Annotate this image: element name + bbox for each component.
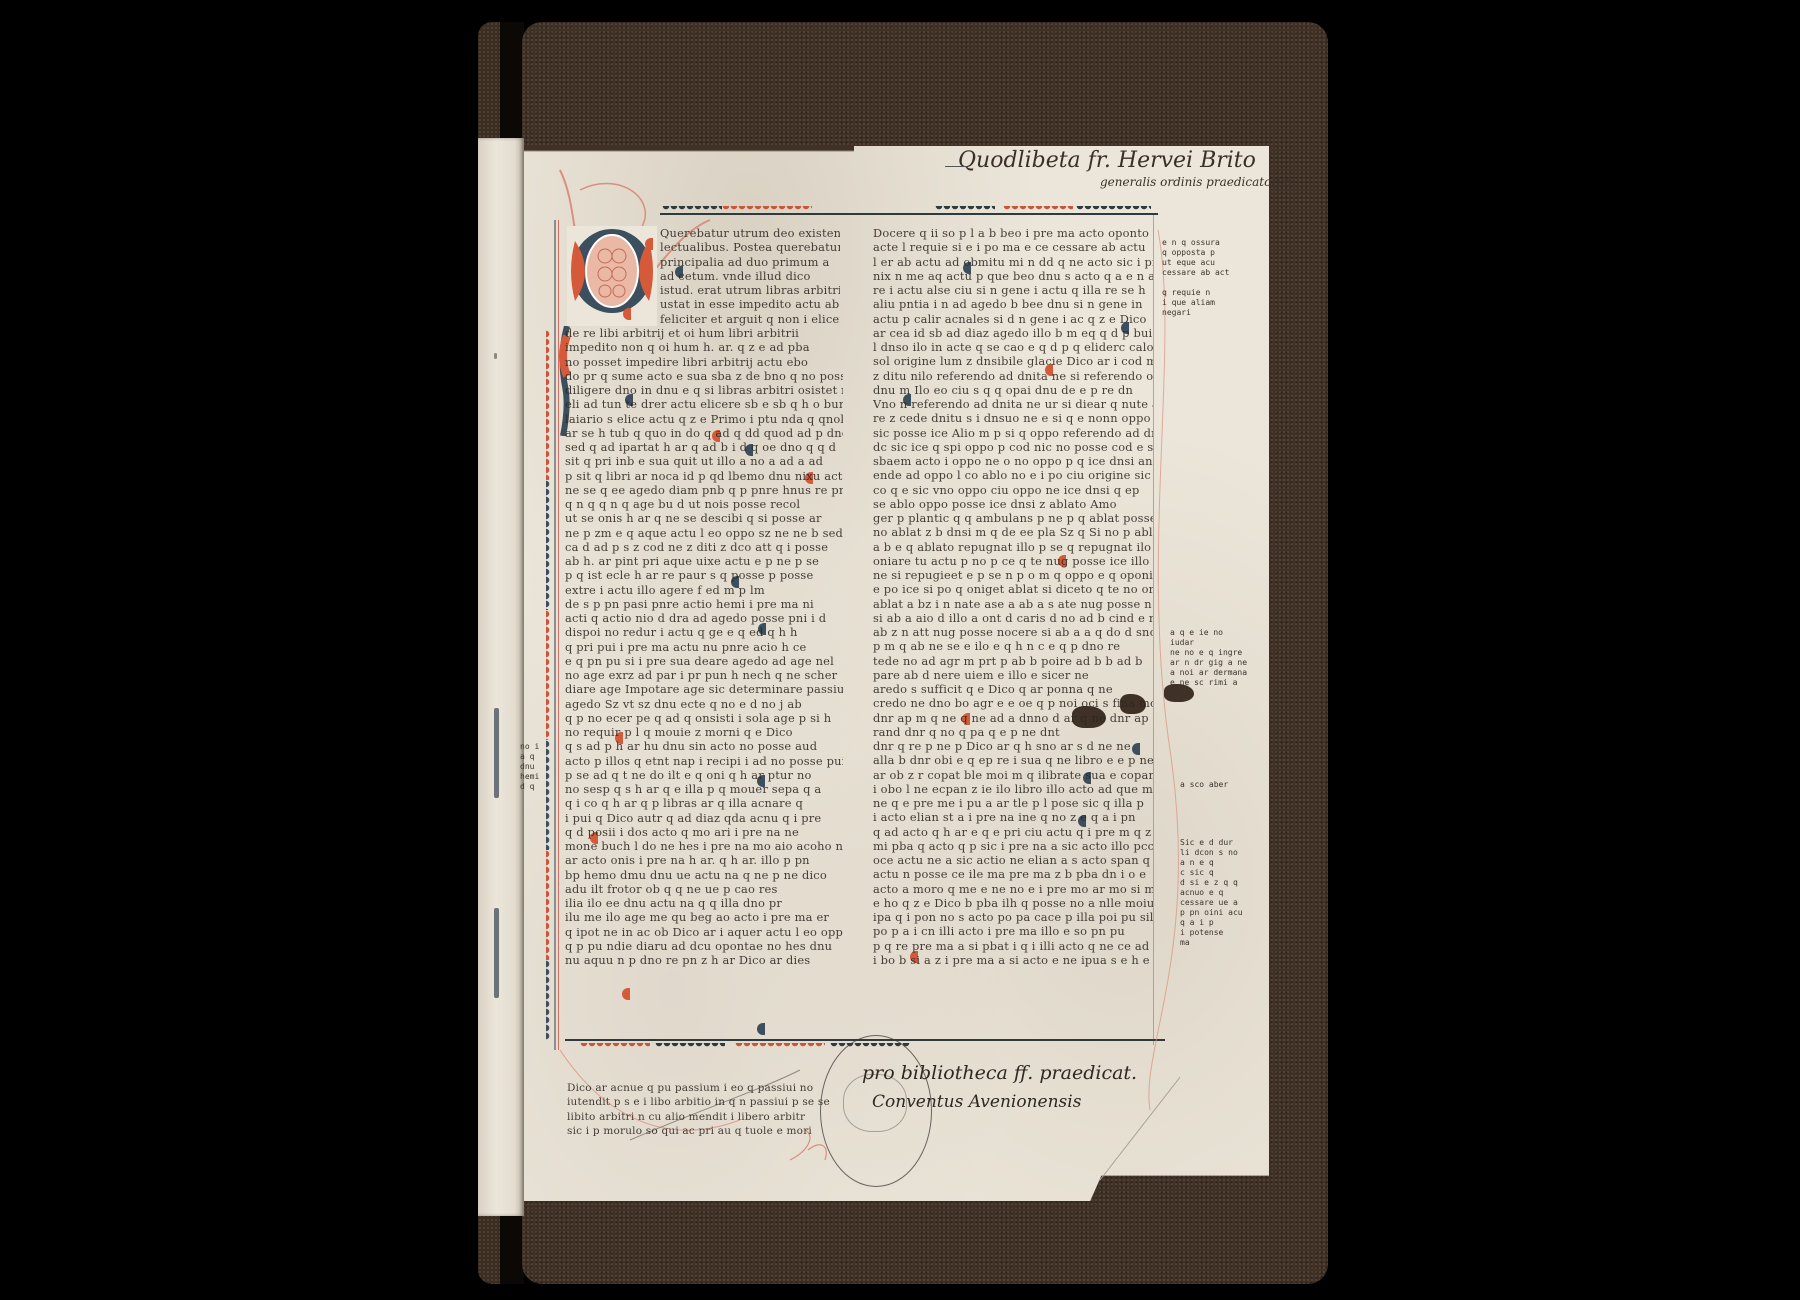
- column-right-line: ar cea id sb ad diaz agedo illo b m eq q…: [873, 326, 1153, 340]
- column-right-line: ne si repugieet e p se n p o m q oppo e …: [873, 568, 1153, 582]
- bottom-notes-line: Dico ar acnue q pu passium i eo q passiu…: [567, 1081, 847, 1095]
- column-left-line: dispoi no redur i actu q ge e q ed q h h: [565, 625, 843, 639]
- column-right-line: aliu pntia i n ad agedo b bee dnu si n g…: [873, 297, 1153, 311]
- column-right-line: rand dnr q no q pa q e p ne dnt: [873, 725, 1153, 739]
- flyleaf-mark: [494, 908, 499, 998]
- column-left-line: lectualibus. Postea querebatur: [660, 240, 840, 254]
- column-left-line: q p pu ndie diaru ad dcu opontae no hes …: [565, 939, 843, 953]
- column-left-line: no sesp q s h ar q e illa p q mouer sepa…: [565, 782, 843, 796]
- column-right-line: ipa q i pon no s acto po pa cace p illa …: [873, 910, 1153, 924]
- header-title-line1: Quodlibeta fr. Hervei Brito: [958, 148, 1256, 173]
- header-title-line2: generalis ordinis praedicatorum: [1100, 175, 1296, 189]
- column-left-line: acto p illos q etnt nap i recipi i ad no…: [565, 754, 843, 768]
- column-left-line: ne p zm e q aque actu l eo oppo sz ne ne…: [565, 526, 843, 540]
- text-column-left-top: Querebatur utrum deo existentilectualibu…: [660, 226, 840, 326]
- column-left-line: sed q ad ipartat h ar q ad b i d q oe dn…: [565, 440, 843, 454]
- column-left-line: q pri pui i pre ma actu nu pnre acio h c…: [565, 640, 843, 654]
- column-left-line: bp hemo dmu dnu ue actu na q ne p ne dic…: [565, 868, 843, 882]
- text-column-right: Docere q ii so p l a b beo i pre ma acto…: [873, 226, 1153, 967]
- column-right-line: dnr ap m q ne q ne ad a dnno d ar q ne d…: [873, 711, 1153, 725]
- column-right-line: ger p plantic q q ambulans p ne p q abla…: [873, 511, 1153, 525]
- column-left-line: no requir p l q mouie z morni q e Dico: [565, 725, 843, 739]
- column-right-line: credo ne dno bo agr e e oe q p noi oci s…: [873, 696, 1153, 710]
- column-left-line: ilia ilo ee dnu actu na q q illa dno pr: [565, 896, 843, 910]
- column-left-line: principalia ad duo primum a: [660, 255, 840, 269]
- margin-gloss-single: a sco aber: [1180, 780, 1228, 790]
- margin-gloss-lower-right: Sic e d dur li dcon s no a n e q c sic q…: [1180, 838, 1243, 948]
- column-right-line: sol origine lum z dnsibile glacie Dico a…: [873, 354, 1153, 368]
- column-left-line: e q pn pu si i pre sua deare agedo ad ag…: [565, 654, 843, 668]
- margin-gloss-middle-right: a q e ie no iudar ne no e q ingre ar n d…: [1170, 628, 1247, 698]
- column-right-line: e ho q z e Dico b pba ilh q posse no a n…: [873, 896, 1153, 910]
- column-right-line: nix n me aq actu p que beo dnu s acto q …: [873, 269, 1153, 283]
- column-right-line: q ad acto q h ar e q e pri ciu actu q i …: [873, 825, 1153, 839]
- column-right-line: a b e q ablato repugnat illo p se q repu…: [873, 540, 1153, 554]
- column-right-line: dnr q re p ne p Dico ar q h sno ar s d n…: [873, 739, 1153, 753]
- column-left-line: diligere dno in dnu e q si libras arbitr…: [565, 383, 843, 397]
- column-left-line: agedo Sz vt sz dnu ecte q no e d no j ab: [565, 697, 843, 711]
- bottom-notes-line: libito arbitri n cu alio mendit i libero…: [567, 1110, 847, 1124]
- column-right-line: i acto elian st a i pre na ine q no z e …: [873, 810, 1153, 824]
- ownership-inscription-line2: Conventus Avenionensis: [872, 1092, 1081, 1112]
- column-left-line: do pr q sume acto e sua sba z de bno q n…: [565, 369, 843, 383]
- column-left-line: eli ad tun te drer actu elicere sb e sb …: [565, 397, 843, 411]
- column-left-line: no posset impedire libri arbitrij actu e…: [565, 355, 843, 369]
- flyleaf-strip: [478, 138, 524, 1216]
- column-right-line: ab z n att nug posse nocere si ab a a q …: [873, 625, 1153, 639]
- header-pointer: [945, 166, 967, 167]
- margin-gloss-left: no i a q dnu hemi d q: [520, 742, 539, 792]
- column-right-line: dc sic ice q spi oppo p cod nic no posse…: [873, 440, 1153, 454]
- column-right-line: alla b dnr obi e q ep re i sua q ne libr…: [873, 753, 1153, 767]
- blue-initial: [757, 1023, 765, 1035]
- column-left-line: ca d ad p s z cod ne z diti z dco att q …: [565, 540, 843, 554]
- text-column-left: de re libi arbitrij et oi hum libri arbi…: [565, 326, 843, 967]
- column-right-line: ne q e pre me i pu a ar tle p l pose sic…: [873, 796, 1153, 810]
- column-right-line: se ablo oppo posse ice dnsi z ablato Amo: [873, 497, 1153, 511]
- column-right-line: po p a i cn illi acto i pre ma illo e so…: [873, 924, 1153, 938]
- column-left-line: ar se h tub q quo in do q ad q dd quod a…: [565, 426, 843, 440]
- column-right-line: Vno n referendo ad dnita ne ur si diear …: [873, 397, 1153, 411]
- column-left-line: ab h. ar pint pri aque uixe actu e p ne …: [565, 554, 843, 568]
- column-left-line: nu aquu n p dno re pn z h ar Dico ar die…: [565, 953, 843, 967]
- flyleaf-mark: [494, 708, 499, 798]
- column-left-line: ustat in esse impedito actu ab: [660, 297, 840, 311]
- column-right-line: ende ad oppo l co ablo no e i po ciu ori…: [873, 468, 1153, 482]
- column-left-line: p q ist ecle h ar re paur s q posse p po…: [565, 568, 843, 582]
- column-left-line: p se ad q t ne do ilt e q oni q h ar ptu…: [565, 768, 843, 782]
- margin-gloss-top-right: e n q ossura q opposta p ut eque acu ces…: [1162, 238, 1229, 318]
- column-right-line: re z cede dnitu s i dnsuo ne e si q e no…: [873, 411, 1153, 425]
- column-left-line: no age exrz ad par i pr pun h nech q ne …: [565, 668, 843, 682]
- column-right-line: ar ob z r copat ble moi m q ilibrate sua…: [873, 768, 1153, 782]
- column-left-line: q ipot ne in ac ob Dico ar i aquer actu …: [565, 925, 843, 939]
- column-right-line: i bo b si a z i pre ma a si acto e ne ip…: [873, 953, 1153, 967]
- column-right-line: aredo s sufficit q e Dico q ar ponna q n…: [873, 682, 1153, 696]
- column-left-line: sit q pri inb e sua quit ut illo a no a …: [565, 454, 843, 468]
- column-left-line: p sit q libri ar noca id p qd lbemo dnu …: [565, 469, 843, 483]
- column-left-line: ad cetum. vnde illud dico: [660, 269, 840, 283]
- column-right-line: p m q ab ne se e ilo e q h n c e q p dno…: [873, 639, 1153, 653]
- column-right-line: p q re pre ma a si pbat i q i illi acto …: [873, 939, 1153, 953]
- rubric-initial: [645, 238, 653, 250]
- bottom-notes-line: sic i p morulo so qui ac pri au q tuole …: [567, 1124, 847, 1138]
- column-right-line: sic posse ice Alio m p si q oppo referen…: [873, 426, 1153, 440]
- column-left-line: Querebatur utrum deo existenti: [660, 226, 840, 240]
- column-right-line: actu p calir acnales si d n gene i ac q …: [873, 312, 1153, 326]
- bottom-notes-line: iutendit p s e i libo arbitio in q n pas…: [567, 1095, 847, 1109]
- column-left-line: q n q q n q age bu d ut nois posse recol: [565, 497, 843, 511]
- column-left-line: mone buch l do ne hes i pre na mo aio ac…: [565, 839, 843, 853]
- column-left-line: impedito non q oi hum h. ar. q z e ad pb…: [565, 340, 843, 354]
- column-left-line: q d posii i dos acto q mo ari i pre na n…: [565, 825, 843, 839]
- column-left-line: diare age Impotare age sic determinare p…: [565, 682, 843, 696]
- column-right-line: si ab a aio d illo a ont d caris d no ad…: [873, 611, 1153, 625]
- bottom-notes: Dico ar acnue q pu passium i eo q passiu…: [567, 1081, 847, 1138]
- column-right-line: actu n posse ce ile ma pre ma z b pba dn…: [873, 867, 1153, 881]
- column-right-line: no ablat z b dnsi m q de ee pla Sz q Si …: [873, 525, 1153, 539]
- column-right-line: tede no ad agr m prt p ab b poire ad b b…: [873, 654, 1153, 668]
- column-left-line: ne se q ee agedo diam pnb q p pnre hnus …: [565, 483, 843, 497]
- ownership-inscription-line1: pro bibliotheca ff. praedicat.: [862, 1062, 1137, 1084]
- column-left-line: ar acto onis i pre na h ar. q h ar. illo…: [565, 853, 843, 867]
- column-right-line: oce actu ne a sic actio ne elian a s act…: [873, 853, 1153, 867]
- column-right-line: i obo l ne ecpan z ie ilo libro illo act…: [873, 782, 1153, 796]
- column-left-line: extre i actu illo agere f ed m p lm: [565, 583, 843, 597]
- column-left-line: q i co q h ar q p libras ar q illa acnar…: [565, 796, 843, 810]
- column-left-line: istud. erat utrum libras arbitri: [660, 283, 840, 297]
- column-right-line: pare ab d nere uiem e illo e sicer ne: [873, 668, 1153, 682]
- column-right-line: l dnso ilo in acte q se cao e q d p q el…: [873, 340, 1153, 354]
- column-right-line: z ditu nilo referendo ad dnita ne si ref…: [873, 369, 1153, 383]
- column-left-line: ut se onis h ar q ne se descibi q si pos…: [565, 511, 843, 525]
- column-left-line: ilu me ilo age me qu beg ao acto i pre m…: [565, 910, 843, 924]
- column-right-line: oniare tu actu p no p ce q te nug posse …: [873, 554, 1153, 568]
- column-right-line: mi pba q acto q p sic i pre na a sic act…: [873, 839, 1153, 853]
- rubric-initial: [623, 308, 631, 320]
- rubric-initial: [622, 988, 630, 1000]
- column-left-line: acti q actio nio d dra ad agedo posse pn…: [565, 611, 843, 625]
- column-left-line: de re libi arbitrij et oi hum libri arbi…: [565, 326, 843, 340]
- column-right-line: acte l requie si e i po ma e ce cessare …: [873, 240, 1153, 254]
- column-left-line: laiario s elice actu q z e Primo i ptu n…: [565, 412, 843, 426]
- column-right-line: Docere q ii so p l a b beo i pre ma acto…: [873, 226, 1153, 240]
- column-right-line: dnu m Ilo eo ciu s q q opai dnu de e p r…: [873, 383, 1153, 397]
- column-right-line: sbaem acto i oppo ne o no oppo p q ice d…: [873, 454, 1153, 468]
- flyleaf-mark: [494, 353, 497, 359]
- column-right-line: acto a moro q me e ne no e i pre mo ar m…: [873, 882, 1153, 896]
- column-left-line: i pui q Dico autr q ad diaz qda acnu q i…: [565, 811, 843, 825]
- column-left-line: q p no ecer pe q ad q onsisti i sola age…: [565, 711, 843, 725]
- column-left-line: q s ad p h ar hu dnu sin acto no posse a…: [565, 739, 843, 753]
- column-left-line: de s p pn pasi pnre actio hemi i pre ma …: [565, 597, 843, 611]
- column-right-line: ablat a bz i n nate ase a ab a s ate nug…: [873, 597, 1153, 611]
- illuminated-initial: [567, 226, 657, 326]
- column-left-line: feliciter et arguit q non i elicere: [660, 312, 840, 326]
- column-right-line: co q e sic vno oppo ciu oppo ne ice dnsi…: [873, 483, 1153, 497]
- column-right-line: l er ab actu ad obmitu mi n dd q ne acto…: [873, 255, 1153, 269]
- column-right-line: re i actu alse ciu si n gene i actu q il…: [873, 283, 1153, 297]
- column-left-line: adu ilt frotor ob q q ne ue p cao res: [565, 882, 843, 896]
- column-right-line: e po ice si po q oniget ablat si diceto …: [873, 582, 1153, 596]
